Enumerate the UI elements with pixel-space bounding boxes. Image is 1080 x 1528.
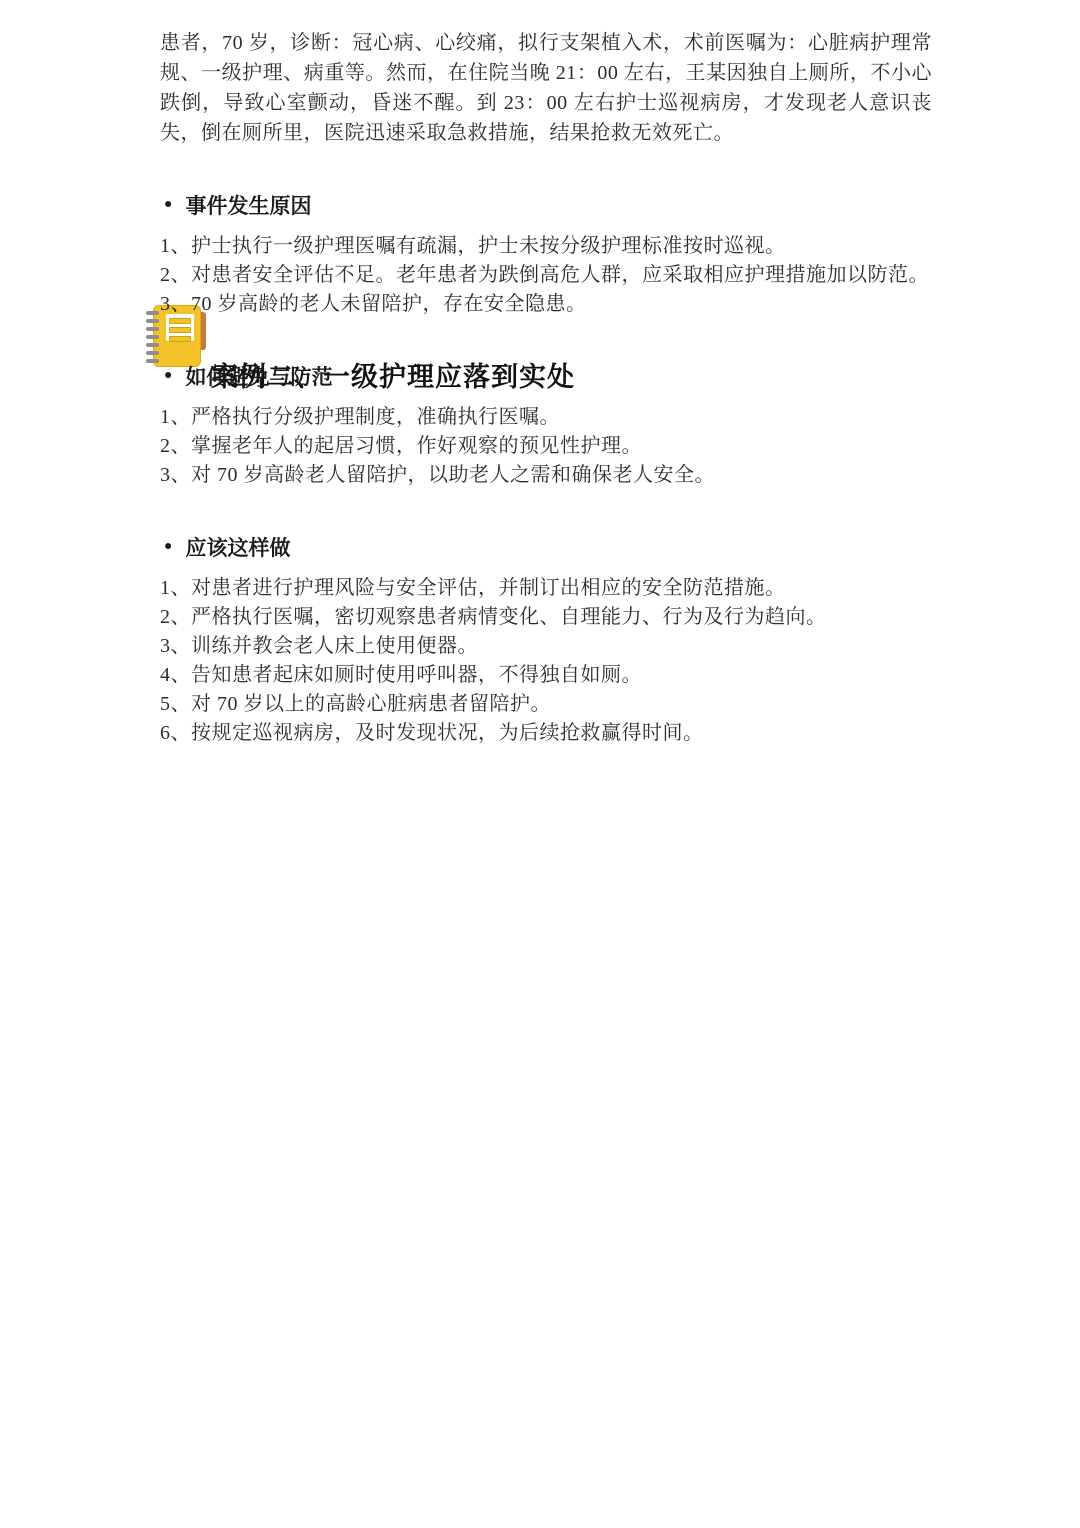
list-item: 1、护士执行一级护理医嘱有疏漏，护士未按分级护理标准按时巡视。 <box>160 232 932 261</box>
list-item: 1、对患者进行护理风险与安全评估，并制订出相应的安全防范措施。 <box>160 574 932 603</box>
list-item: 3、70 岁高龄的老人未留陪护，存在安全隐患。 <box>160 290 932 319</box>
list-item: 1、严格执行分级护理制度，准确执行医嘱。 <box>160 403 932 432</box>
section-heading: ● 如何避免与防范 <box>160 361 932 391</box>
section-items: 1、严格执行分级护理制度，准确执行医嘱。 2、掌握老年人的起居习惯，作好观察的预… <box>160 403 932 490</box>
section-items: 1、护士执行一级护理医嘱有疏漏，护士未按分级护理标准按时巡视。 2、对患者安全评… <box>160 232 932 319</box>
bullet-icon: ● <box>164 368 172 384</box>
bullet-icon: ● <box>164 197 172 213</box>
bullet-icon: ● <box>164 539 172 555</box>
list-item: 2、严格执行医嘱，密切观察患者病情变化、自理能力、行为及行为趋向。 <box>160 603 932 632</box>
list-item: 5、对 70 岁以上的高龄心脏病患者留陪护。 <box>160 690 932 719</box>
section-heading-label: 事件发生原因 <box>185 190 311 220</box>
section-prevention: ● 如何避免与防范 1、严格执行分级护理制度，准确执行医嘱。 2、掌握老年人的起… <box>160 361 932 490</box>
section-heading-label: 如何避免与防范 <box>185 361 332 391</box>
document-page: 案例二、一级护理应落到实处 患者，70 岁，诊断：冠心病、心绞痛，拟行支架植入术… <box>0 0 1080 1528</box>
section-heading: ● 应该这样做 <box>160 532 932 562</box>
intro-paragraph: 患者，70 岁，诊断：冠心病、心绞痛，拟行支架植入术，术前医嘱为：心脏病护理常规… <box>160 28 932 148</box>
list-item: 3、对 70 岁高龄老人留陪护，以助老人之需和确保老人安全。 <box>160 461 932 490</box>
notebook-spiral-rings <box>146 311 159 363</box>
section-items: 1、对患者进行护理风险与安全评估，并制订出相应的安全防范措施。 2、严格执行医嘱… <box>160 574 932 748</box>
list-item: 2、对患者安全评估不足。老年患者为跌倒高危人群，应采取相应护理措施加以防范。 <box>160 261 932 290</box>
section-cause: ● 事件发生原因 1、护士执行一级护理医嘱有疏漏，护士未按分级护理标准按时巡视。… <box>160 190 932 319</box>
list-item: 3、训练并教会老人床上使用便器。 <box>160 632 932 661</box>
list-item: 4、告知患者起床如厕时使用呼叫器，不得独自如厕。 <box>160 661 932 690</box>
list-item: 2、掌握老年人的起居习惯，作好观察的预见性护理。 <box>160 432 932 461</box>
section-heading-label: 应该这样做 <box>185 532 290 562</box>
section-heading: ● 事件发生原因 <box>160 190 932 220</box>
document-content: 患者，70 岁，诊断：冠心病、心绞痛，拟行支架植入术，术前医嘱为：心脏病护理常规… <box>160 0 932 748</box>
section-correct-practice: ● 应该这样做 1、对患者进行护理风险与安全评估，并制订出相应的安全防范措施。 … <box>160 532 932 748</box>
list-item: 6、按规定巡视病房，及时发现状况，为后续抢救赢得时间。 <box>160 719 932 748</box>
